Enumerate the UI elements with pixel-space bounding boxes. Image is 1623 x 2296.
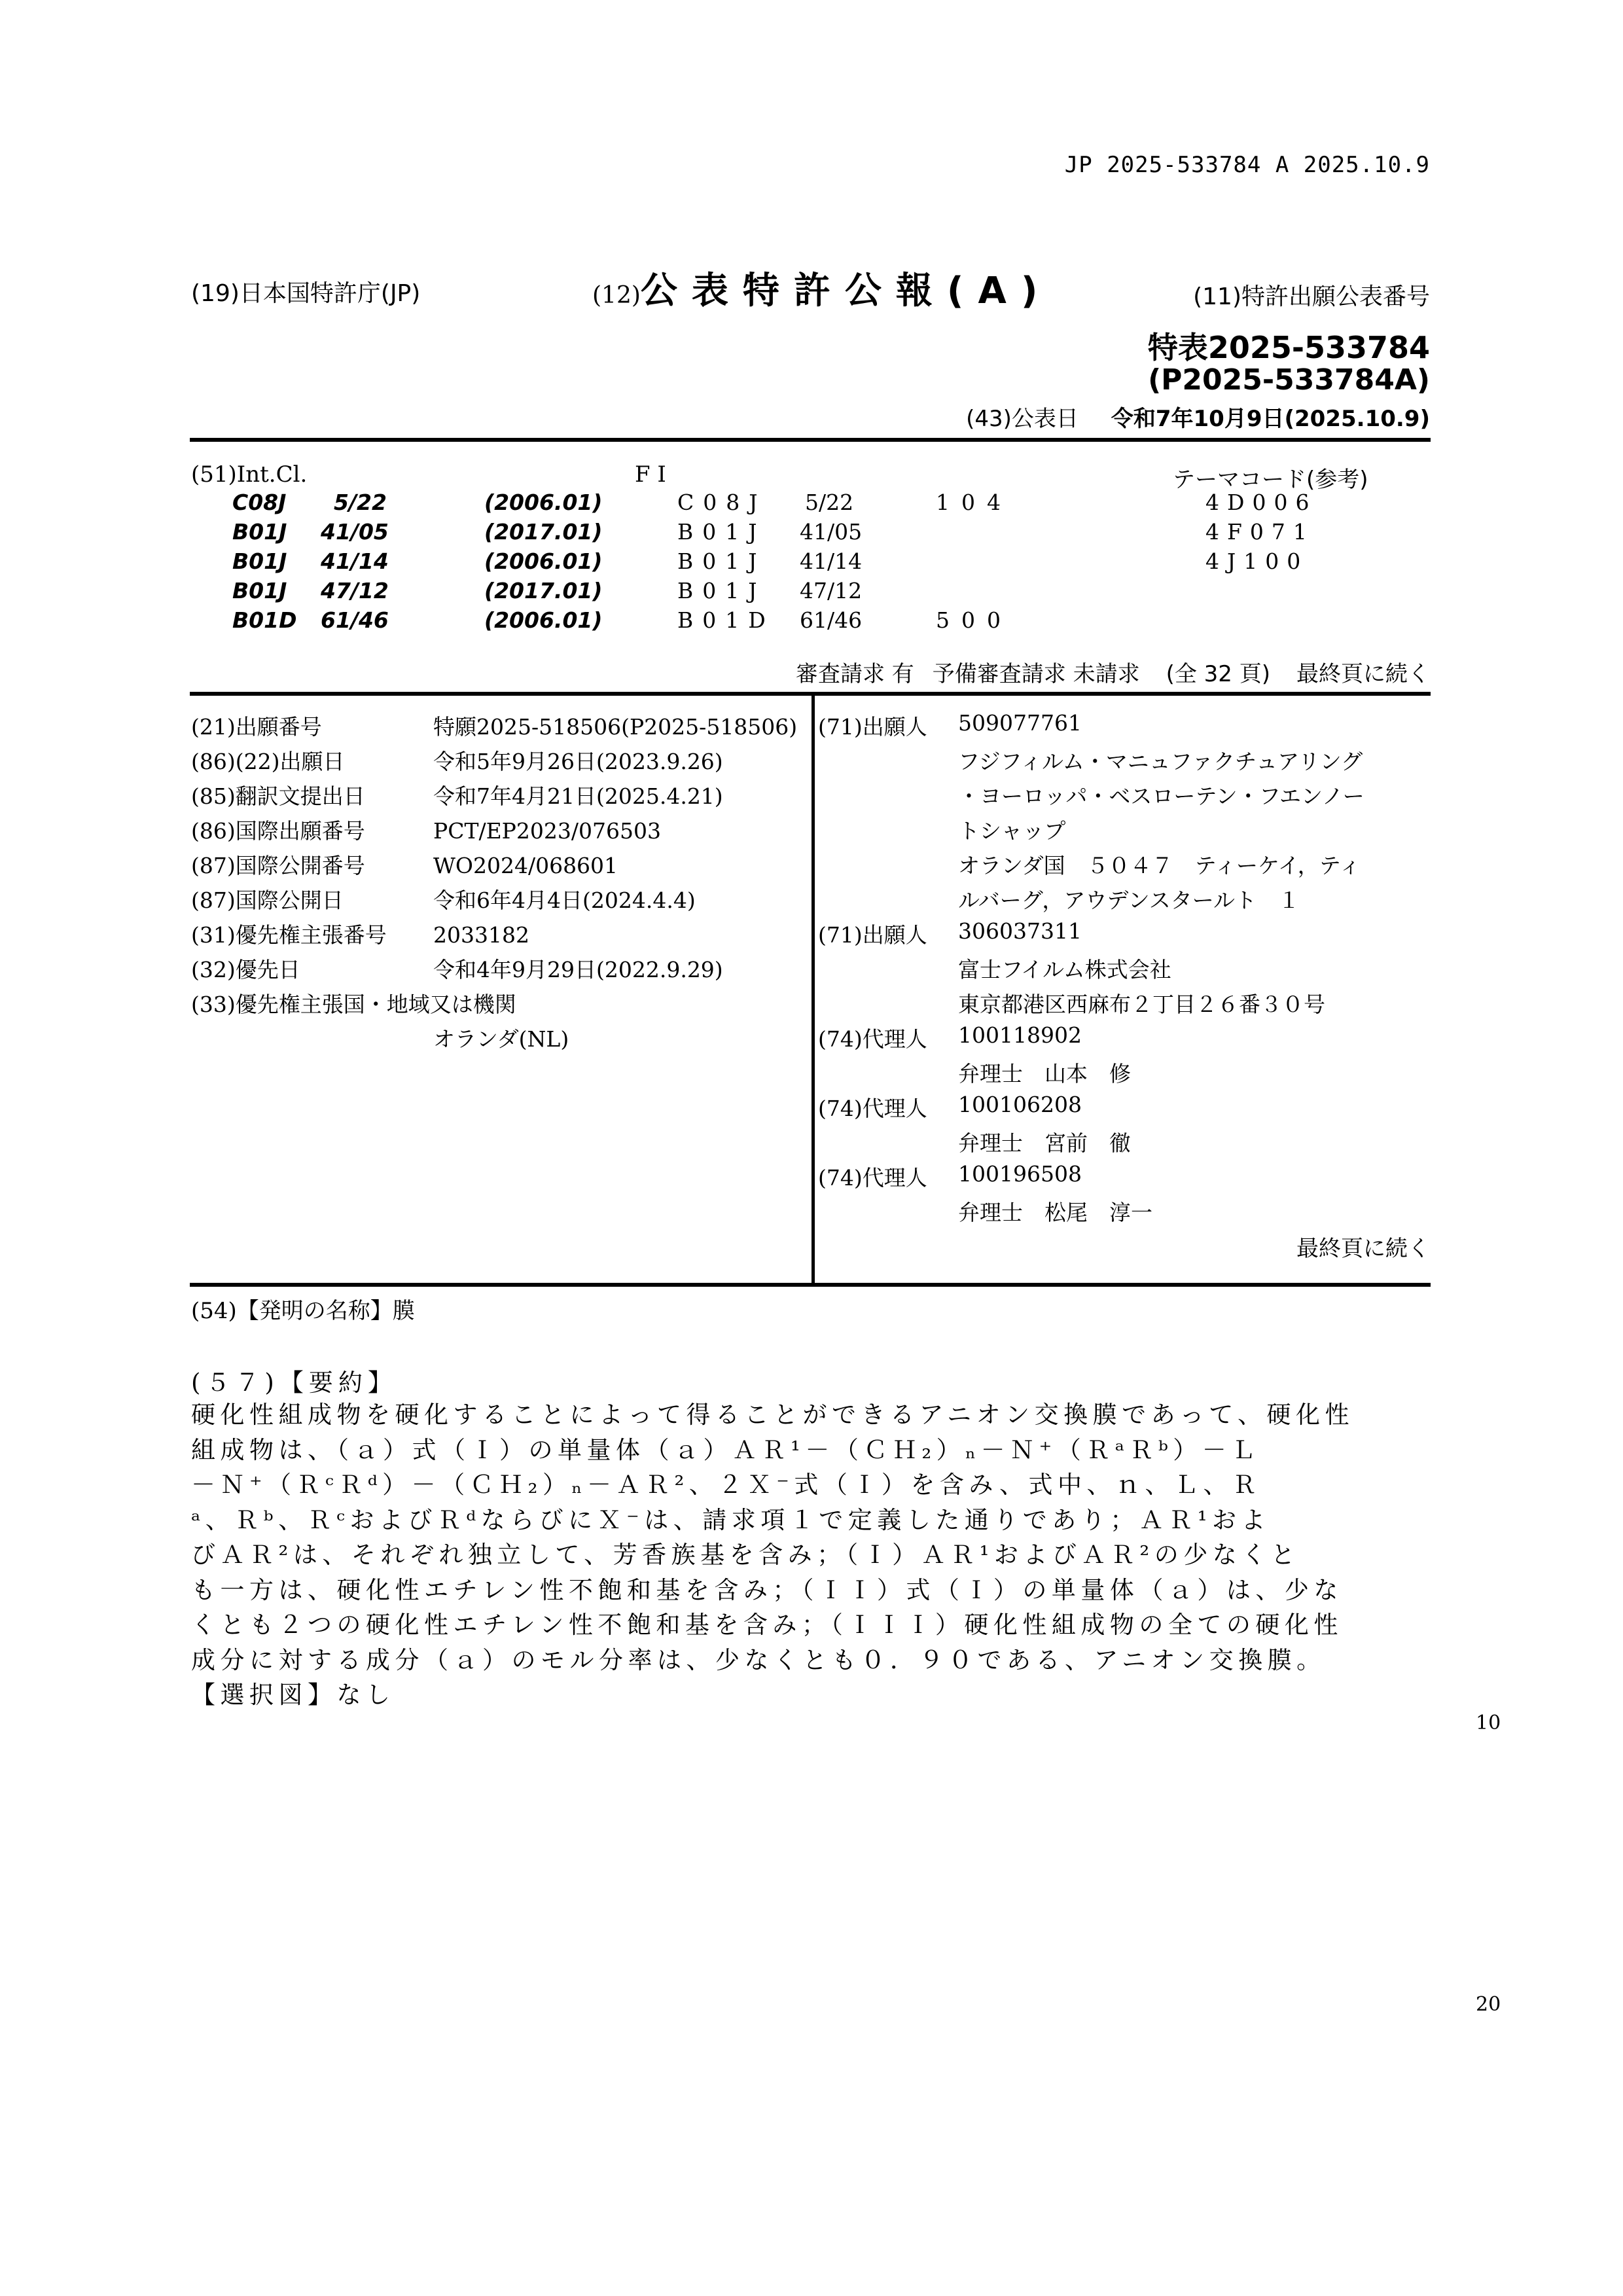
int-cl-version: (2017.01) (484, 519, 602, 545)
rule-bottom (190, 1283, 1431, 1287)
abstract-line: ᵃ、Ｒᵇ、ＲᶜおよびＲᵈならびにＸ⁻は、請求項１で定義した通りであり；ＡＲ¹およ (191, 1503, 1435, 1538)
party-id: 100106208 (958, 1092, 1131, 1126)
publication-date-label: (43)公表日 (966, 406, 1079, 432)
fi-label: F I (635, 461, 666, 488)
abstract-line: くとも２つの硬化性エチレン性不飽和基を含み；（ＩＩＩ）硬化性組成物の全ての硬化性 (191, 1607, 1435, 1643)
int-cl-class: B01J (232, 548, 287, 574)
party-name: ・ヨーロッパ・ベスローテン・フエンノー (958, 780, 1364, 814)
int-cl-group: 47/12 (321, 578, 389, 603)
bib-value: オランダ(NL) (433, 1026, 569, 1052)
party-name: 弁理士 宮前 徹 (958, 1126, 1131, 1161)
bib-label: (86)国際出願番号 (191, 814, 433, 845)
bib-label: (87)国際公開番号 (191, 849, 433, 880)
bib-label: (85)翻訳文提出日 (191, 780, 433, 810)
total-pages: (全 32 頁) (1166, 661, 1270, 687)
party-applicant: (71)出願人 509077761 フジフィルム・マニュファクチュアリング ・ヨ… (818, 710, 958, 741)
int-cl-group: 61/46 (321, 607, 389, 633)
int-cl-group: 5/22 (334, 490, 387, 515)
party-id: 100196508 (958, 1161, 1152, 1196)
theme-code: 4J100 (1205, 548, 1308, 574)
abstract-line: びＡＲ²は、それぞれ独立して、芳香族基を含み；（Ｉ）ＡＲ¹およびＡＲ²の少なくと (191, 1537, 1435, 1573)
examination-status: 審査請求 有予備審査請求 未請求(全 32 頁)最終頁に続く (777, 656, 1430, 688)
party-name: 弁理士 松尾 淳一 (958, 1196, 1152, 1230)
int-cl-version: (2006.01) (484, 490, 602, 515)
party-name: フジフィルム・マニュファクチュアリング (958, 745, 1364, 780)
publication-number-label: (11)特許出願公表番号 (1193, 278, 1430, 312)
abstract-line: 硬化性組成物を硬化することによって得ることができるアニオン交換膜であって、硬化性 (191, 1397, 1435, 1433)
rule-middle (190, 692, 1431, 696)
party-label: (71)出願人 (818, 710, 958, 741)
invention-title-value: 膜 (393, 1298, 415, 1324)
abstract-line: 組成物は、（ａ）式（Ｉ）の単量体（ａ）ＡＲ¹－（ＣＨ₂）ₙ－Ｎ⁺（ＲᵃＲᵇ）－Ｌ (191, 1433, 1435, 1468)
fi-class: B01J (677, 578, 766, 603)
publication-date: (43)公表日令和7年10月9日(2025.10.9) (966, 401, 1430, 433)
party-agent: (74)代理人 100196508 弁理士 松尾 淳一 (818, 1161, 958, 1192)
continued-note: 最終頁に続く (1296, 661, 1430, 687)
selected-figure: 【選択図】なし (191, 1677, 1435, 1713)
fi-class: B01J (677, 519, 766, 545)
theme-code-label: テーマコード(参考) (1173, 461, 1368, 493)
column-divider (811, 694, 815, 1285)
bib-label: (31)優先権主張番号 (191, 918, 433, 949)
bib-row: (86)(22)出願日令和5年9月26日(2023.9.26) (191, 745, 723, 776)
bib-row: (31)優先権主張番号2033182 (191, 918, 529, 949)
party-label: (74)代理人 (818, 1022, 958, 1053)
invention-title-label: (54)【発明の名称】 (191, 1298, 393, 1324)
line-number: 20 (1476, 1993, 1501, 2016)
bib-value: 2033182 (433, 922, 529, 948)
party-name: トシャップ (958, 814, 1364, 849)
int-cl-label: (51)Int.Cl. (191, 461, 307, 488)
bib-row: (21)出願番号特願2025-518506(P2025-518506) (191, 710, 797, 741)
fi-extra: 104 (936, 490, 1012, 515)
running-header: JP 2025-533784 A 2025.10.9 (1065, 152, 1430, 178)
parties-continued-note: 最終頁に続く (1296, 1230, 1430, 1263)
int-cl-class: C08J (232, 490, 286, 515)
prelim-exam-request: 予備審査請求 未請求 (933, 661, 1140, 687)
party-label: (74)代理人 (818, 1092, 958, 1122)
bib-label: (32)優先日 (191, 953, 433, 984)
bib-row: (32)優先日令和4年9月29日(2022.9.29) (191, 953, 723, 984)
fi-group: 41/14 (800, 548, 862, 574)
exam-request: 審査請求 有 (796, 661, 914, 687)
rule-top (190, 438, 1431, 442)
int-cl-class: B01J (232, 578, 287, 603)
bib-value: WO2024/068601 (433, 853, 618, 878)
theme-code: 4D006 (1205, 490, 1317, 515)
document-type-code: (12) (592, 282, 641, 309)
bib-value: 令和5年9月26日(2023.9.26) (433, 749, 723, 774)
abstract-line: 成分に対する成分（ａ）のモル分率は、少なくとも０．９０である、アニオン交換膜。 (191, 1643, 1435, 1678)
bib-row: オランダ(NL) (191, 1022, 569, 1053)
abstract-line: －Ｎ⁺（ＲᶜＲᵈ）－（ＣＨ₂）ₙ－ＡＲ²、２Ｘ⁻式（Ｉ）を含み、式中、ｎ、Ｌ、Ｒ (191, 1467, 1435, 1503)
theme-code: 4F071 (1205, 519, 1315, 545)
party-agent: (74)代理人 100118902 弁理士 山本 修 (818, 1022, 958, 1053)
int-cl-version: (2017.01) (484, 578, 602, 603)
bib-label: (86)(22)出願日 (191, 745, 433, 776)
int-cl-version: (2006.01) (484, 548, 602, 574)
party-name: 弁理士 山本 修 (958, 1057, 1131, 1092)
fi-group: 5/22 (805, 490, 853, 515)
party-address: 東京都港区西麻布２丁目２６番３０号 (958, 988, 1325, 1022)
fi-group: 41/05 (800, 519, 862, 545)
party-label: (71)出願人 (818, 918, 958, 949)
int-cl-class: B01J (232, 519, 287, 545)
line-number: 10 (1476, 1712, 1501, 1734)
bib-value: 特願2025-518506(P2025-518506) (433, 714, 797, 740)
fi-extra: 500 (936, 607, 1012, 633)
party-name: 富士フイルム株式会社 (958, 953, 1325, 988)
int-cl-group: 41/05 (321, 519, 389, 545)
party-address: オランダ国 ５０４７ ティーケイ，ティ (958, 849, 1364, 884)
abstract-body: 硬化性組成物を硬化することによって得ることができるアニオン交換膜であって、硬化性… (191, 1397, 1435, 1713)
bib-row: (86)国際出願番号PCT/EP2023/076503 (191, 814, 661, 845)
bib-label: (33)優先権主張国・地域又は機関 (191, 992, 516, 1017)
party-id: 509077761 (958, 710, 1364, 745)
publication-date-value: 令和7年10月9日(2025.10.9) (1111, 406, 1430, 432)
int-cl-version: (2006.01) (484, 607, 602, 633)
fi-group: 47/12 (800, 578, 862, 603)
int-cl-group: 41/14 (321, 548, 389, 574)
abstract-heading: (５７)【要約】 (191, 1363, 397, 1398)
fi-class: B01J (677, 548, 766, 574)
party-applicant: (71)出願人 306037311 富士フイルム株式会社 東京都港区西麻布２丁目… (818, 918, 958, 949)
abstract-line: も一方は、硬化性エチレン性不飽和基を含み；（ＩＩ）式（Ｉ）の単量体（ａ）は、少な (191, 1573, 1435, 1608)
fi-group: 61/46 (800, 607, 862, 633)
bib-value: PCT/EP2023/076503 (433, 818, 661, 844)
party-address: ルバーグ，アウデンスタールト １ (958, 884, 1364, 918)
bib-label: (21)出願番号 (191, 710, 433, 741)
document-type: (12)公表特許公報(A) (592, 262, 1052, 314)
bib-row: (87)国際公開日令和6年4月4日(2024.4.4) (191, 884, 696, 914)
bib-value: 令和7年4月21日(2025.4.21) (433, 783, 723, 809)
party-agent: (74)代理人 100106208 弁理士 宮前 徹 (818, 1092, 958, 1122)
party-id: 306037311 (958, 918, 1325, 953)
publication-number-alt: (P2025-533784A) (1148, 363, 1430, 397)
bib-row: (33)優先権主張国・地域又は機関 (191, 988, 516, 1018)
bib-row: (85)翻訳文提出日令和7年4月21日(2025.4.21) (191, 780, 723, 810)
fi-class: B01D (677, 607, 775, 633)
party-label: (74)代理人 (818, 1161, 958, 1192)
party-id: 100118902 (958, 1022, 1131, 1057)
bib-row: (87)国際公開番号WO2024/068601 (191, 849, 618, 880)
fi-class: C08J (677, 490, 766, 515)
bib-label: (87)国際公開日 (191, 884, 433, 914)
patent-office: (19)日本国特許庁(JP) (191, 275, 420, 308)
invention-title: (54)【発明の名称】膜 (191, 1293, 415, 1325)
int-cl-class: B01D (232, 607, 296, 633)
bib-value: 令和6年4月4日(2024.4.4) (433, 888, 696, 913)
document-type-label: 公表特許公報(A) (641, 270, 1052, 312)
publication-number: 特表2025-533784 (1148, 324, 1430, 367)
bib-value: 令和4年9月29日(2022.9.29) (433, 957, 723, 982)
